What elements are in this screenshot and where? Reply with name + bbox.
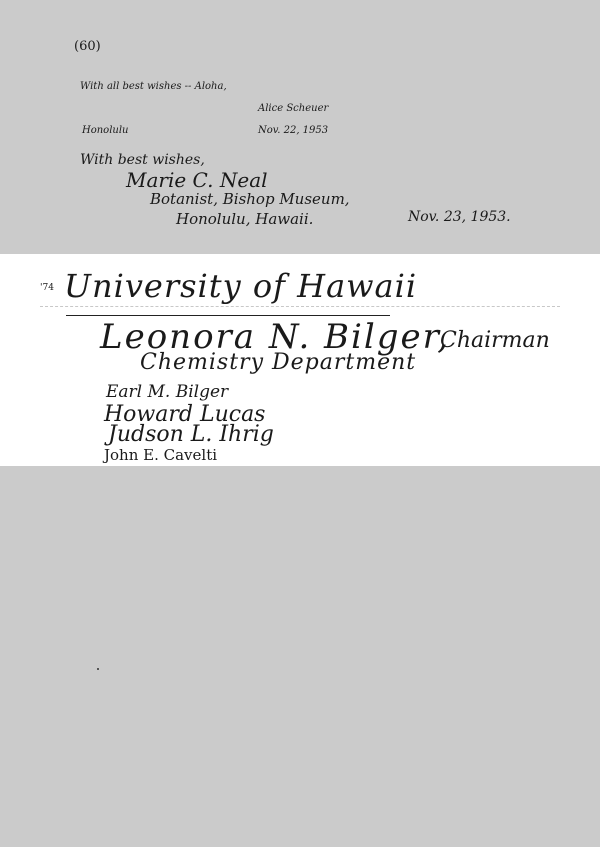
signature-cavelti: John E. Cavelti — [104, 448, 217, 463]
entry2-message: With best wishes, — [80, 153, 205, 167]
entry1-signature: Alice Scheuer — [258, 104, 328, 114]
signature-ihrig: Judson L. Ihrig — [108, 424, 274, 446]
faint-ruled-line — [40, 306, 560, 307]
entry2-location: Honolulu, Hawaii. — [176, 212, 313, 227]
lower-gray-section — [0, 466, 600, 847]
scan-speck — [97, 668, 99, 670]
signature-bilger-leonora: Leonora N. Bilger, — [100, 320, 450, 354]
university-heading: University of Hawaii — [64, 270, 417, 302]
entry2-signature: Marie C. Neal — [126, 170, 268, 190]
signature-bilger-earl: Earl M. Bilger — [106, 384, 228, 401]
entry2-title: Botanist, Bishop Museum, — [150, 192, 350, 207]
page-number: (60) — [74, 40, 101, 53]
entry1-date: Nov. 22, 1953 — [258, 126, 328, 136]
heading-underline — [66, 315, 390, 316]
entry1-place: Honolulu — [82, 126, 128, 136]
entry2-date: Nov. 23, 1953. — [408, 210, 511, 224]
signature-title-department: Chemistry Department — [140, 352, 416, 374]
signature-title-chairman: Chairman — [440, 330, 550, 352]
margin-mark: '74 — [40, 284, 54, 293]
entry1-message: With all best wishes -- Aloha, — [80, 82, 227, 92]
